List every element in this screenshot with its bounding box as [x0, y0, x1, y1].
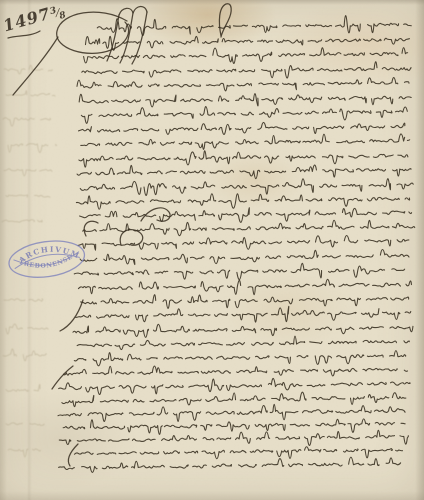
- manuscript-page: 14973⁄8 ARCHIVUM TREBONENSE: [0, 0, 424, 500]
- archive-stamp: ARCHIVUM TREBONENSE: [0, 225, 98, 297]
- date-fraction-numerator: 3: [49, 6, 58, 17]
